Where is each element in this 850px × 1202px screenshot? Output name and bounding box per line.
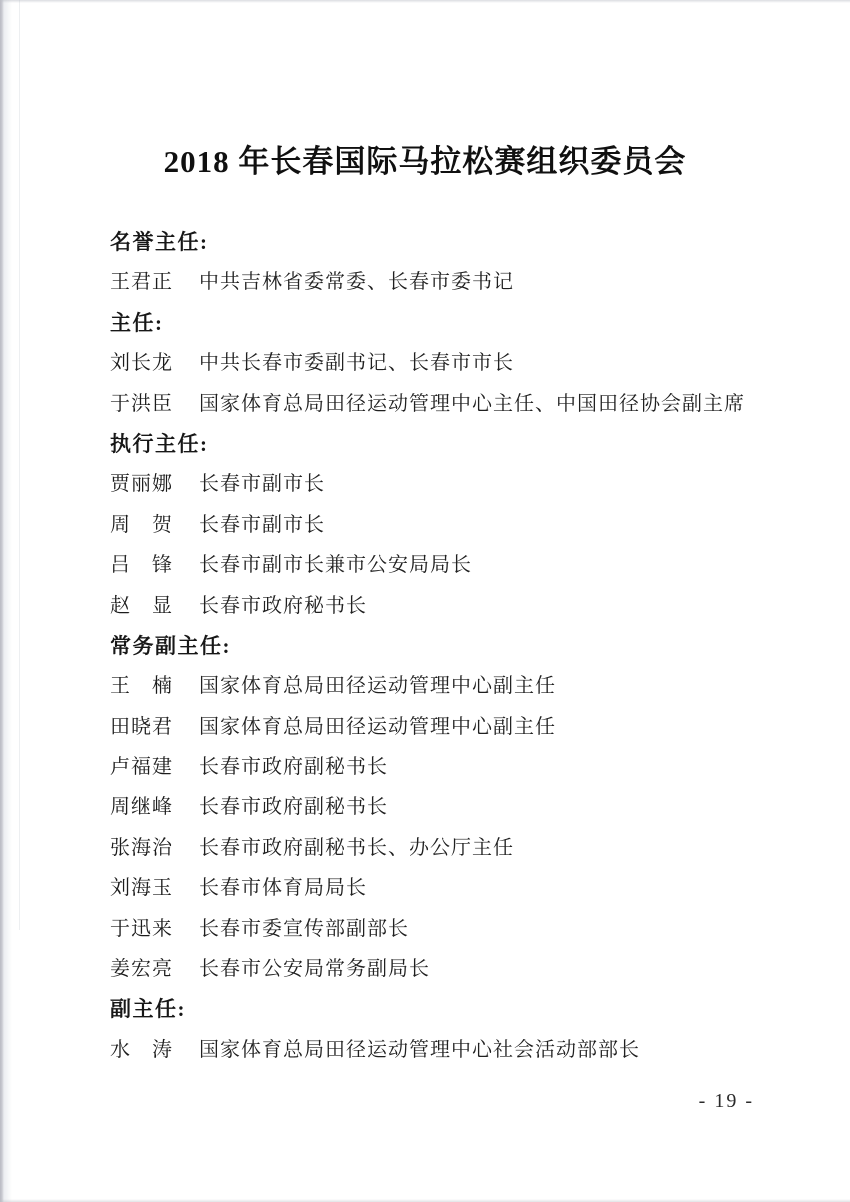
member-row: 刘海玉长春市体育局局长 (110, 868, 810, 908)
member-name: 贾丽娜 (110, 464, 199, 504)
section-heading: 副主任: (110, 989, 810, 1029)
member-name: 吕 锋 (110, 545, 199, 585)
member-row: 张海治长春市政府副秘书长、办公厅主任 (110, 828, 810, 868)
member-name: 田晓君 (110, 707, 199, 747)
scan-edge-top (0, 0, 850, 3)
page-number: - 19 - (699, 1090, 754, 1113)
section-heading: 常务副主任: (110, 626, 810, 666)
member-name: 刘海玉 (110, 868, 199, 908)
member-row: 周 贺长春市副市长 (110, 505, 810, 545)
member-row: 于洪臣国家体育总局田径运动管理中心主任、中国田径协会副主席 (110, 384, 810, 424)
member-name: 周 贺 (110, 505, 199, 545)
committee-roster: 名誉主任:王君正中共吉林省委常委、长春市委书记主任:刘长龙中共长春市委副书记、长… (110, 222, 810, 1070)
member-name: 王君正 (110, 262, 199, 302)
member-row: 王 楠国家体育总局田径运动管理中心副主任 (110, 666, 810, 706)
member-title: 长春市副市长 (199, 514, 325, 536)
member-row: 于迅来长春市委宣传部副部长 (110, 909, 810, 949)
page-title: 2018 年长春国际马拉松赛组织委员会 (0, 136, 850, 181)
member-title: 中共长春市委副书记、长春市市长 (199, 352, 514, 374)
member-name: 水 涛 (110, 1030, 199, 1070)
member-title: 长春市委宣传部副部长 (199, 918, 409, 940)
member-title: 长春市政府秘书长 (199, 595, 367, 617)
member-row: 卢福建长春市政府副秘书长 (110, 747, 810, 787)
member-name: 卢福建 (110, 747, 199, 787)
member-title: 国家体育总局田径运动管理中心副主任 (199, 675, 556, 697)
member-row: 水 涛国家体育总局田径运动管理中心社会活动部部长 (110, 1030, 810, 1070)
member-title: 中共吉林省委常委、长春市委书记 (199, 271, 514, 293)
member-name: 赵 显 (110, 586, 199, 626)
section-heading: 主任: (110, 303, 810, 343)
member-name: 刘长龙 (110, 343, 199, 383)
member-row: 周继峰长春市政府副秘书长 (110, 787, 810, 827)
member-name: 王 楠 (110, 666, 199, 706)
member-row: 刘长龙中共长春市委副书记、长春市市长 (110, 343, 810, 383)
member-name: 姜宏亮 (110, 949, 199, 989)
document-page: { "page": { "title": "2018 年长春国际马拉松赛组织委员… (0, 0, 850, 1202)
member-title: 国家体育总局田径运动管理中心主任、中国田径协会副主席 (199, 393, 745, 415)
member-name: 于洪臣 (110, 384, 199, 424)
member-row: 赵 显长春市政府秘书长 (110, 586, 810, 626)
member-name: 周继峰 (110, 787, 199, 827)
member-row: 吕 锋长春市副市长兼市公安局局长 (110, 545, 810, 585)
member-row: 贾丽娜长春市副市长 (110, 464, 810, 504)
member-title: 长春市公安局常务副局长 (199, 958, 430, 980)
member-title: 长春市副市长兼市公安局局长 (199, 554, 472, 576)
member-row: 王君正中共吉林省委常委、长春市委书记 (110, 262, 810, 302)
member-title: 长春市政府副秘书长 (199, 796, 388, 818)
member-name: 于迅来 (110, 909, 199, 949)
member-title: 国家体育总局田径运动管理中心社会活动部部长 (199, 1039, 640, 1061)
section-heading: 执行主任: (110, 424, 810, 464)
member-name: 张海治 (110, 828, 199, 868)
member-title: 长春市体育局局长 (199, 877, 367, 899)
member-row: 田晓君国家体育总局田径运动管理中心副主任 (110, 707, 810, 747)
section-heading: 名誉主任: (110, 222, 810, 262)
member-title: 长春市副市长 (199, 473, 325, 495)
member-title: 长春市政府副秘书长 (199, 756, 388, 778)
member-row: 姜宏亮长春市公安局常务副局长 (110, 949, 810, 989)
member-title: 国家体育总局田径运动管理中心副主任 (199, 716, 556, 738)
member-title: 长春市政府副秘书长、办公厅主任 (199, 837, 514, 859)
